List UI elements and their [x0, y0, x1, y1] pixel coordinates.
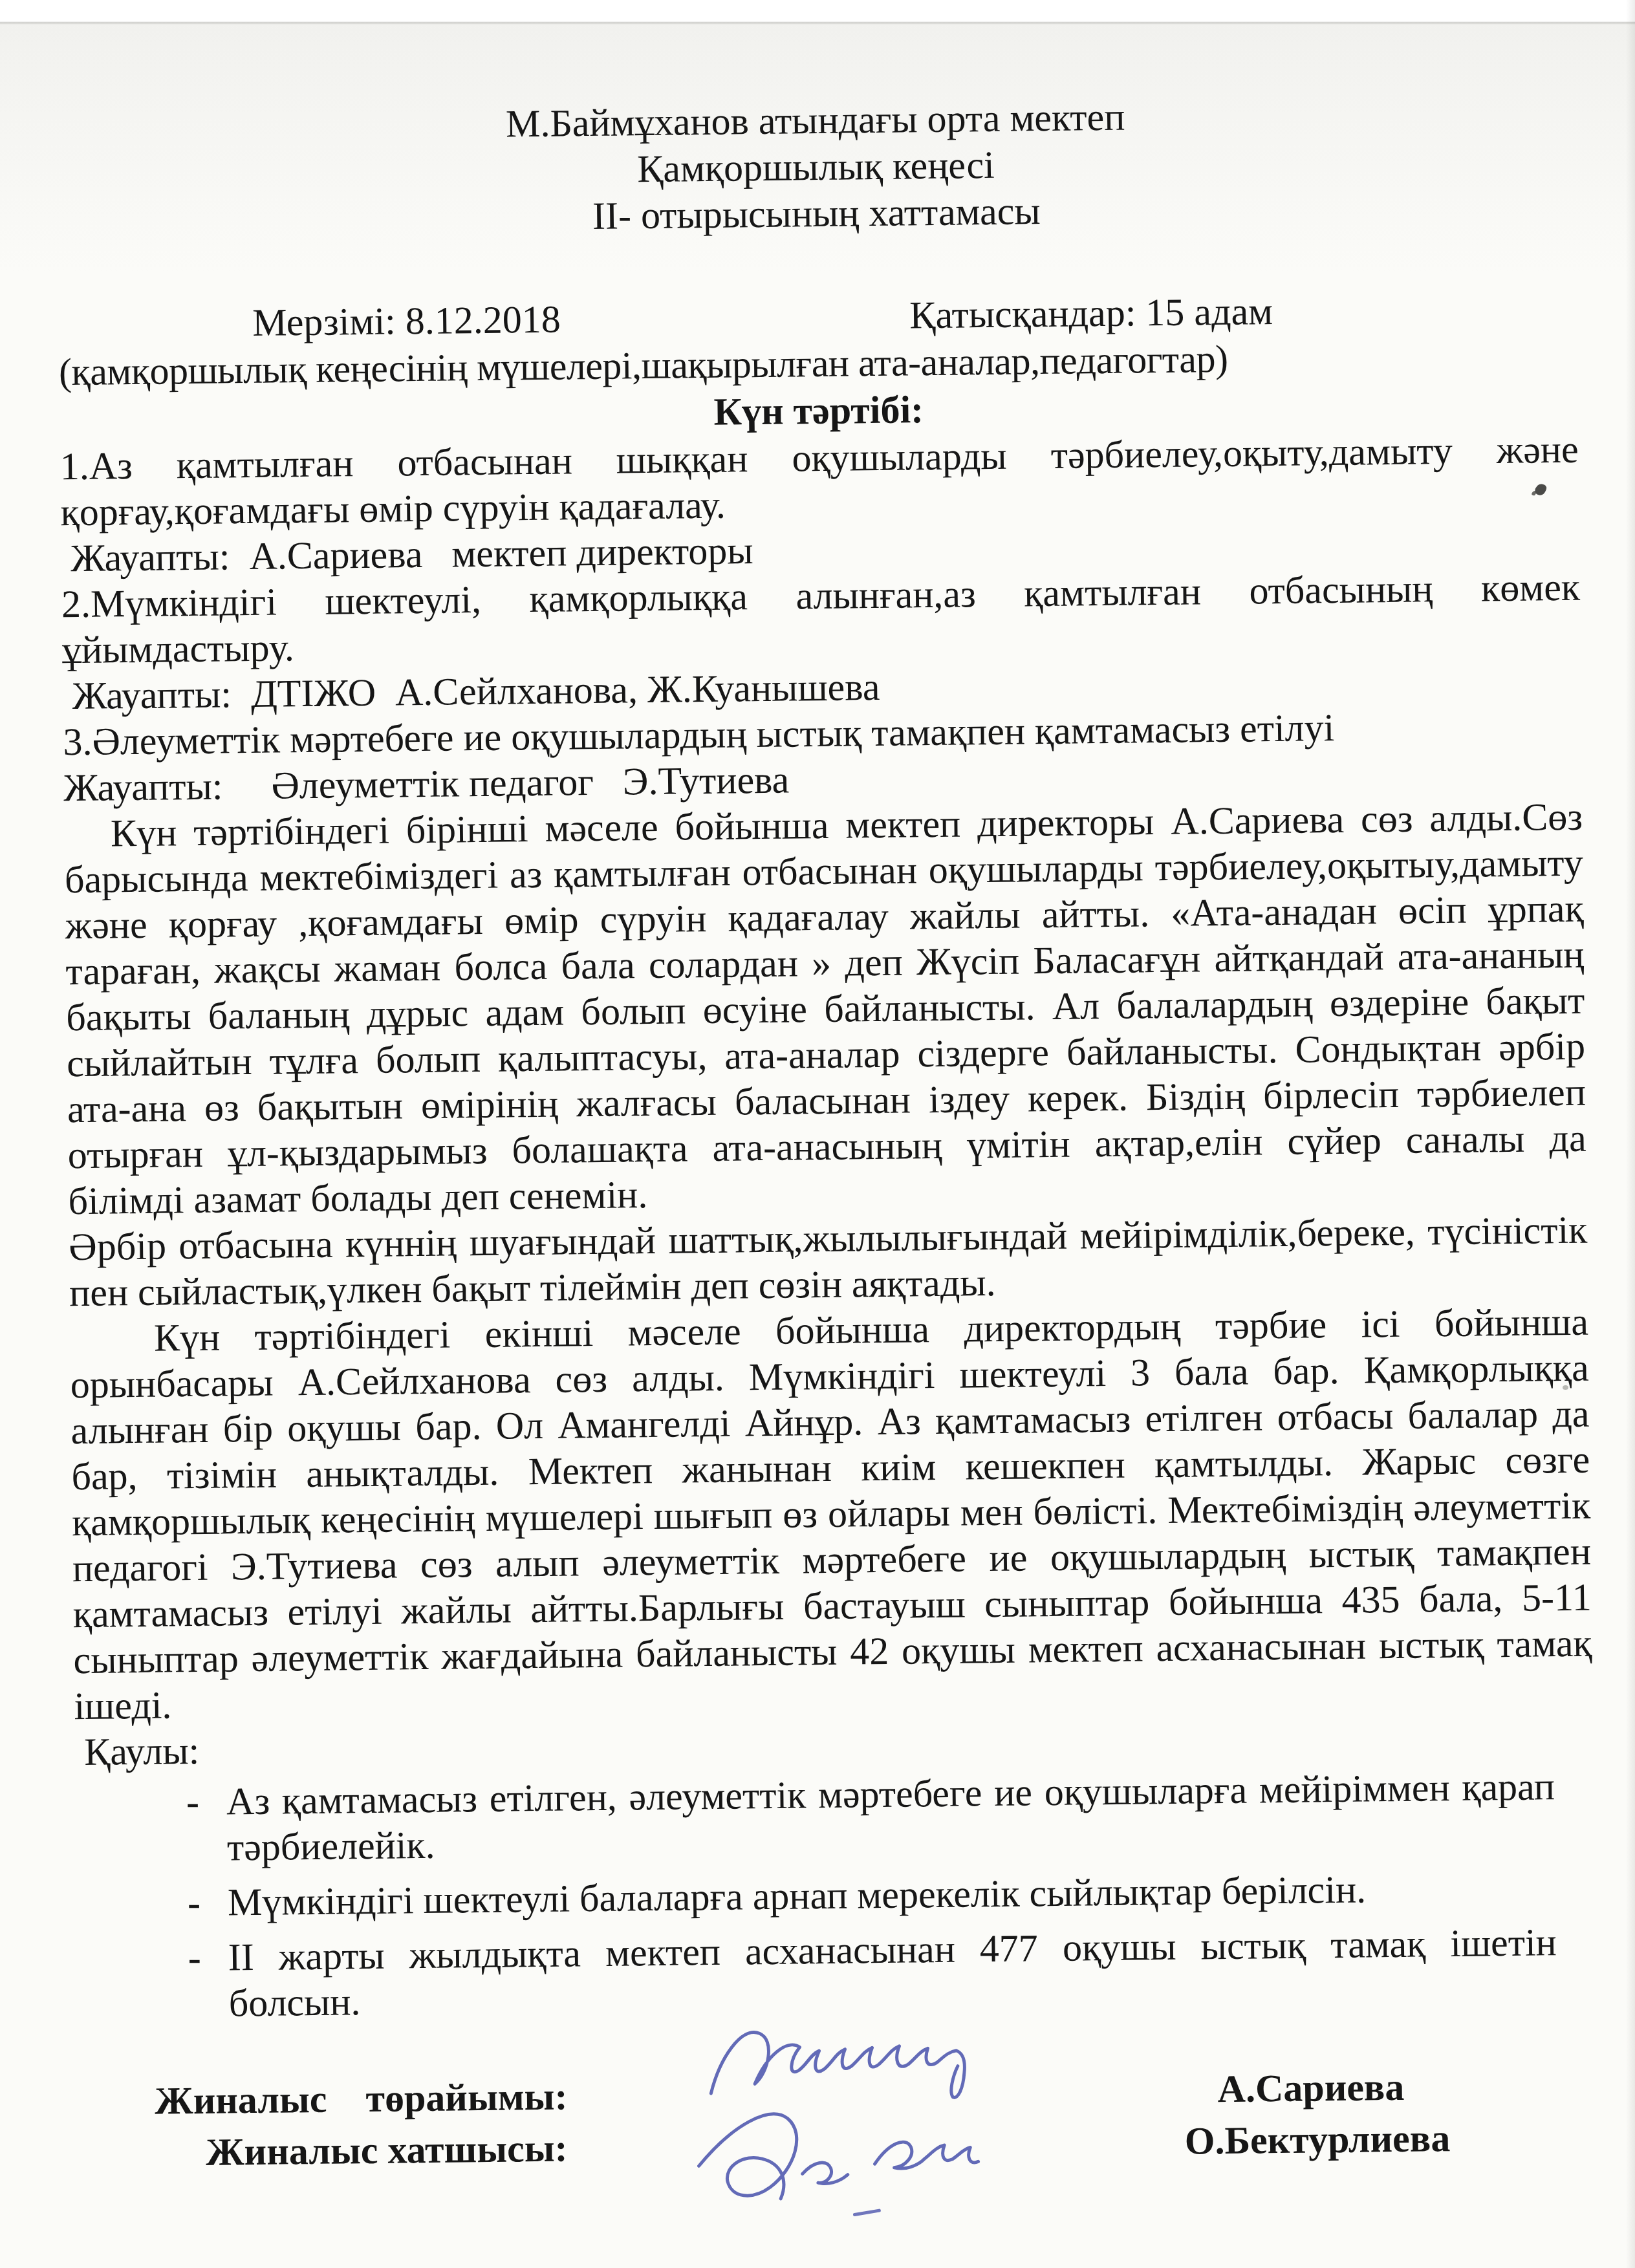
- scanned-document-page: М.Баймұханов атындағы орта мектеп Қамқор…: [0, 0, 1635, 2268]
- resolution-item-text: Аз қамтамасыз етілген, әлеуметтік мәртеб…: [226, 1764, 1594, 1871]
- resolution-item: - Мүмкіндігі шектеулі балаларға арнап ме…: [76, 1864, 1596, 1928]
- dash-bullet-marker: -: [186, 1779, 227, 1826]
- agenda-item-2: 2.Мүмкіндігі шектеулі, қамқорлыққа алынғ…: [61, 565, 1581, 674]
- resolution-item: - Аз қамтамасыз етілген, әлеуметтік мәрт…: [75, 1764, 1594, 1873]
- document-content: М.Баймұханов атындағы орта мектеп Қамқор…: [0, 0, 1635, 2180]
- document-title: М.Баймұханов атындағы орта мектеп Қамқор…: [56, 89, 1575, 246]
- body-paragraph-3: Күн тәртібіндегі екінші мәселе бойынша д…: [70, 1299, 1593, 1730]
- resolution-list: - Аз қамтамасыз етілген, әлеуметтік мәрт…: [75, 1764, 1596, 2029]
- agenda-item-1: 1.Аз қамтылған отбасынан шыққан оқушылар…: [60, 427, 1579, 536]
- body-paragraph-2: Әрбір отбасына күннің шуағындай шаттық,ж…: [69, 1207, 1588, 1317]
- attendees-count: Қатысқандар: 15 адам: [909, 288, 1273, 338]
- signature-block: Жиналыс төрайымы: А.Сариева Жиналыс хатш…: [78, 2059, 1598, 2180]
- body-paragraph-1: Күн тәртібіндегі бірінші мәселе бойынша …: [64, 794, 1587, 1225]
- resolution-item-text: ІІ жарты жылдықта мектеп асханасынан 477…: [228, 1919, 1596, 2027]
- meeting-date: Мерзімі: 8.12.2018: [252, 297, 561, 346]
- chair-name: А.Сариева: [1217, 2061, 1405, 2115]
- dash-bullet-marker: -: [188, 1880, 228, 1927]
- scan-tilt-wrapper: М.Баймұханов атындағы орта мектеп Қамқор…: [0, 0, 1635, 2180]
- signature-stroke-dash: [854, 2210, 879, 2214]
- secretary-name: О.Бектурлиева: [1184, 2112, 1450, 2167]
- resolution-item-text: Мүмкіндігі шектеулі балаларға арнап мере…: [228, 1864, 1596, 1926]
- dash-bullet-marker: -: [188, 1935, 228, 1982]
- chair-label: Жиналыс төрайымы:: [78, 2071, 568, 2128]
- secretary-label: Жиналыс хатшысы:: [79, 2122, 568, 2180]
- resolution-item: - ІІ жарты жылдықта мектеп асханасынан 4…: [76, 1919, 1596, 2029]
